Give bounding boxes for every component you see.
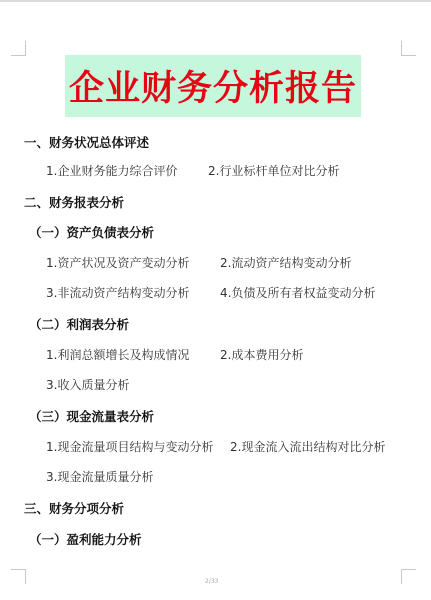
section-heading-1: 一、财务状况总体评述: [24, 133, 149, 151]
list-item: 2.流动资产结构变动分析: [220, 254, 351, 271]
list-item: 3.现金流量质量分析: [46, 468, 153, 485]
margin-corner-bottom-left: [11, 569, 26, 584]
section-heading-3: 三、财务分项分析: [24, 499, 124, 517]
subsection-heading: （一）资产负债表分析: [29, 223, 154, 241]
list-item: 2.现金流入流出结构对比分析: [230, 438, 385, 455]
section-heading-2: 二、财务报表分析: [24, 193, 124, 211]
subsection-heading: （二）利润表分析: [29, 315, 129, 333]
page-indicator: 2/33: [205, 578, 218, 585]
list-item: 1.资产状况及资产变动分析: [46, 254, 189, 271]
margin-corner-top-left: [11, 41, 26, 56]
margin-corner-top-right: [401, 41, 416, 56]
subsection-heading: （一）盈利能力分析: [29, 530, 142, 548]
list-item: 2.行业标杆单位对比分析: [208, 162, 339, 179]
document-title: 企业财务分析报告: [69, 61, 357, 111]
subsection-heading: （三）现金流量表分析: [29, 407, 154, 425]
list-item: 2.成本费用分析: [220, 346, 303, 363]
viewer-top-border: [0, 0, 431, 2]
list-item: 3.收入质量分析: [46, 376, 129, 393]
title-highlight: 企业财务分析报告: [65, 55, 361, 117]
list-item: 1.现金流量项目结构与变动分析: [46, 438, 213, 455]
margin-corner-bottom-right: [401, 569, 416, 584]
list-item: 1.利润总额增长及构成情况: [46, 346, 189, 363]
list-item: 4.负债及所有者权益变动分析: [220, 284, 375, 301]
list-item: 3.非流动资产结构变动分析: [46, 284, 189, 301]
list-item: 1.企业财务能力综合评价: [46, 162, 177, 179]
